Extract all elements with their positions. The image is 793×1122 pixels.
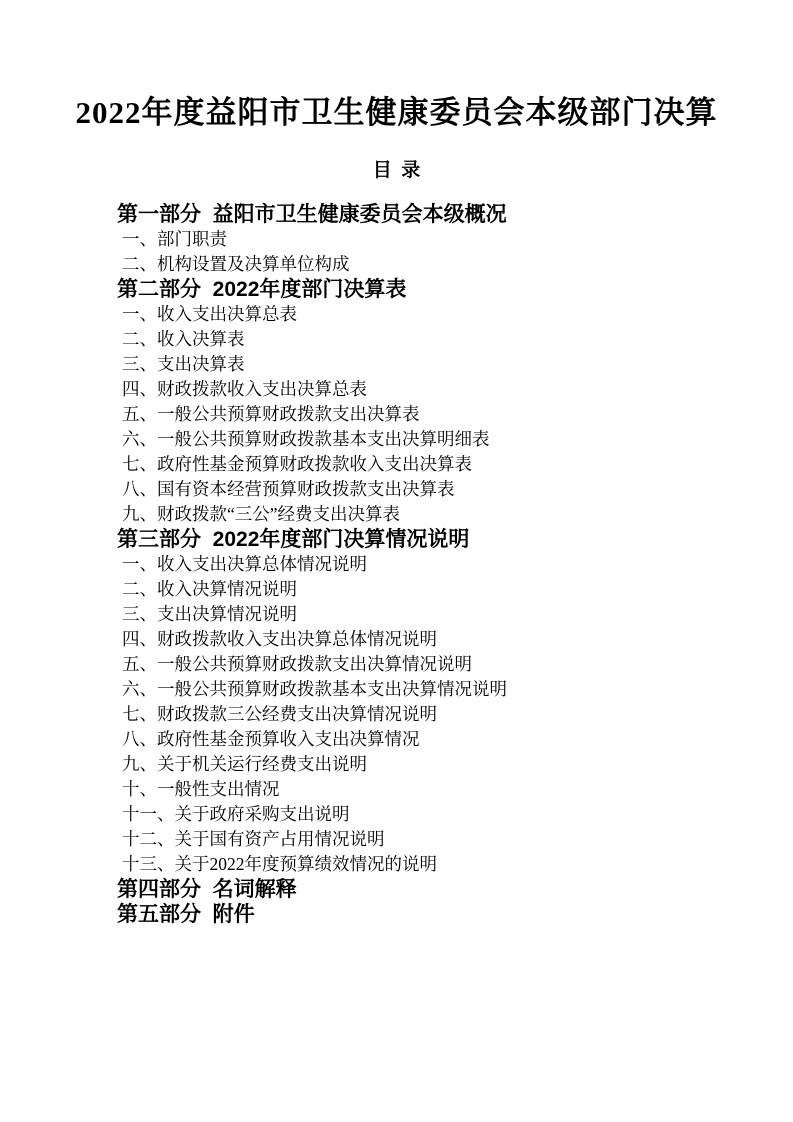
toc-item: 九、财政拨款“三公”经费支出决算表 [117,502,753,527]
toc-heading: 目 录 [0,160,793,182]
toc-item: 七、财政拨款三公经费支出决算情况说明 [117,702,753,727]
toc-item: 一、收入支出决算总体情况说明 [117,552,753,577]
toc-section-heading: 第五部分 附件 [117,902,753,927]
toc-item: 六、一般公共预算财政拨款基本支出决算情况说明 [117,677,753,702]
toc-item: 四、财政拨款收入支出决算总表 [117,377,753,402]
toc-item: 九、关于机关运行经费支出说明 [117,752,753,777]
toc-item: 五、一般公共预算财政拨款支出决算表 [117,402,753,427]
toc-item: 十、一般性支出情况 [117,777,753,802]
toc-item: 二、收入决算表 [117,327,753,352]
document-page: 2022年度益阳市卫生健康委员会本级部门决算 目 录 第一部分 益阳市卫生健康委… [0,0,793,1122]
toc-item: 八、政府性基金预算收入支出决算情况 [117,727,753,752]
toc-item: 二、机构设置及决算单位构成 [117,252,753,277]
toc-item: 一、部门职责 [117,227,753,252]
toc-item: 二、收入决算情况说明 [117,577,753,602]
document-title: 2022年度益阳市卫生健康委员会本级部门决算 [30,94,763,132]
toc-item: 十二、关于国有资产占用情况说明 [117,827,753,852]
toc-section-heading: 第二部分 2022年度部门决算表 [117,277,753,302]
toc-item: 七、政府性基金预算财政拨款收入支出决算表 [117,452,753,477]
toc-item: 三、支出决算情况说明 [117,602,753,627]
toc-item: 十一、关于政府采购支出说明 [117,802,753,827]
toc-item: 四、财政拨款收入支出决算总体情况说明 [117,627,753,652]
toc-list: 第一部分 益阳市卫生健康委员会本级概况一、部门职责二、机构设置及决算单位构成第二… [117,202,753,927]
toc-section-heading: 第三部分 2022年度部门决算情况说明 [117,527,753,552]
toc-item: 一、收入支出决算总表 [117,302,753,327]
toc-item: 三、支出决算表 [117,352,753,377]
toc-item: 五、一般公共预算财政拨款支出决算情况说明 [117,652,753,677]
toc-section-heading: 第一部分 益阳市卫生健康委员会本级概况 [117,202,753,227]
toc-item: 六、一般公共预算财政拨款基本支出决算明细表 [117,427,753,452]
toc-item: 八、国有资本经营预算财政拨款支出决算表 [117,477,753,502]
toc-section-heading: 第四部分 名词解释 [117,877,753,902]
toc-item: 十三、关于2022年度预算绩效情况的说明 [117,852,753,877]
